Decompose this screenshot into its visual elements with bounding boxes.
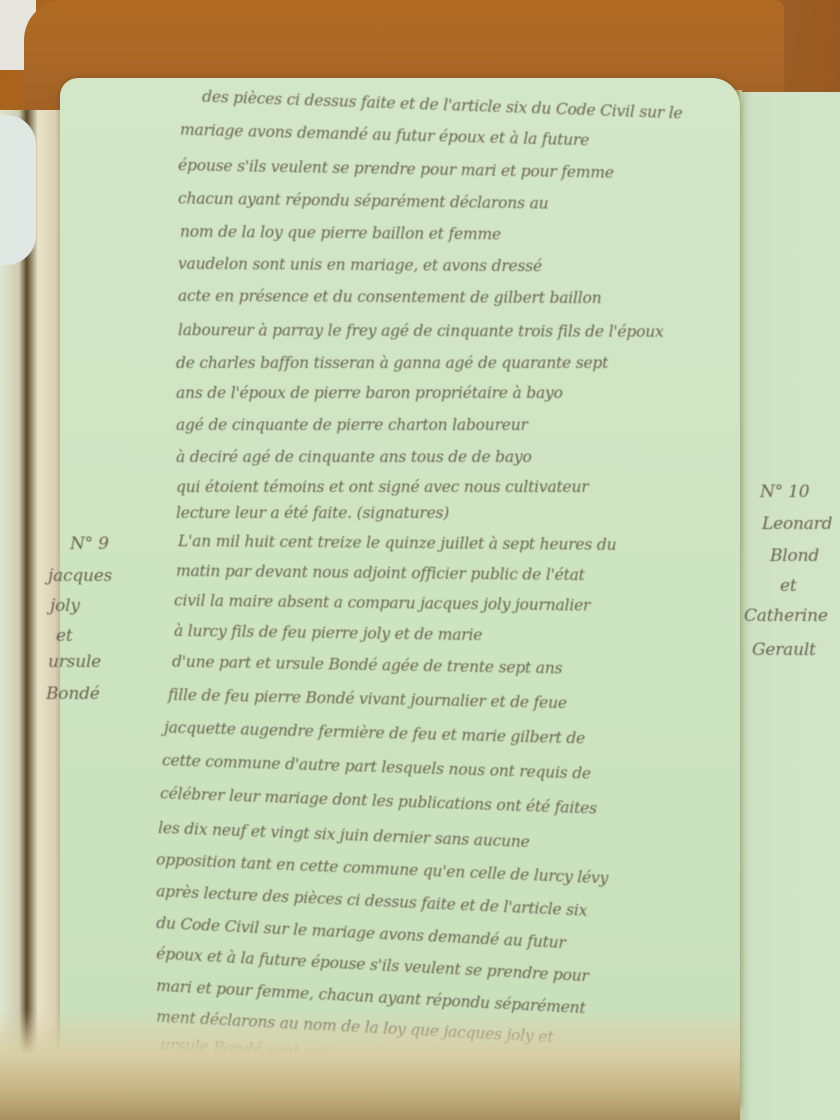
right-margin-name: Gerault [752, 640, 816, 660]
margin-name: joly [50, 596, 80, 616]
text-line: de charles baffon tisseran à ganna agé d… [176, 354, 608, 372]
margin-entry-number: N° 9 [70, 534, 109, 554]
text-line: ans de l'époux de pierre baron propriéta… [176, 384, 563, 402]
text-line: civil la maire absent a comparu jacques … [174, 591, 590, 614]
text-line: à deciré agé de cinquante ans tous de de… [176, 448, 532, 466]
right-margin-name: Leonard [762, 514, 832, 534]
text-line: qui étoient témoins et ont signé avec no… [176, 478, 589, 496]
margin-name: ursule [48, 652, 101, 672]
loose-page-flap [0, 115, 36, 265]
right-margin-name: et [780, 576, 797, 596]
text-line: opposition tant en cette commune qu'en c… [156, 851, 609, 888]
page-bottom-edge [0, 1010, 740, 1120]
text-line: des pièces ci dessus faite et de l'artic… [202, 88, 683, 123]
text-line: célébrer leur mariage dont les publicati… [160, 784, 597, 817]
text-line: lecture leur a été faite. (signatures) [176, 504, 449, 522]
text-line: jacquette augendre fermière de feu et ma… [164, 718, 585, 747]
text-line: mariage avons demandé au futur époux et … [180, 121, 590, 150]
margin-name: Bondé [46, 684, 100, 704]
margin-name: jacques [48, 566, 112, 586]
text-line: à lurcy fils de feu pierre joly et de ma… [174, 622, 482, 644]
text-line: les dix neuf et vingt six juin dernier s… [158, 819, 530, 851]
text-line: du Code Civil sur le mariage avons deman… [156, 914, 566, 952]
text-line: cette commune d'autre part lesquels nous… [162, 751, 591, 782]
text-line: après lecture des pièces ci dessus faite… [156, 882, 588, 920]
margin-name: et [56, 626, 73, 646]
right-margin-entry-number: N° 10 [760, 482, 809, 502]
text-line: acte en présence et du consentement de g… [178, 287, 602, 307]
text-line: L'an mil huit cent treize le quinze juil… [178, 532, 617, 554]
right-margin-name: Catherine [744, 606, 828, 626]
text-line: nom de la loy que pierre baillon et femm… [180, 223, 501, 244]
text-line: laboureur à parray le frey agé de cinqua… [178, 321, 664, 341]
right-margin-name: Blond [770, 546, 819, 566]
text-line: d'une part et ursule Bondé agée de trent… [172, 653, 563, 678]
text-line: fille de feu pierre Bondé vivant journal… [168, 686, 567, 712]
text-line: agé de cinquante de pierre charton labou… [176, 416, 528, 434]
text-line: chacun ayant répondu séparément déclaron… [178, 189, 549, 212]
text-line: épouse s'ils veulent se prendre pour mar… [178, 156, 614, 182]
left-page: des pièces ci dessus faite et de l'artic… [60, 78, 740, 1108]
text-line: matin par devant nous adjoint officier p… [176, 562, 585, 584]
text-line: vaudelon sont unis en mariage, et avons … [178, 255, 542, 276]
